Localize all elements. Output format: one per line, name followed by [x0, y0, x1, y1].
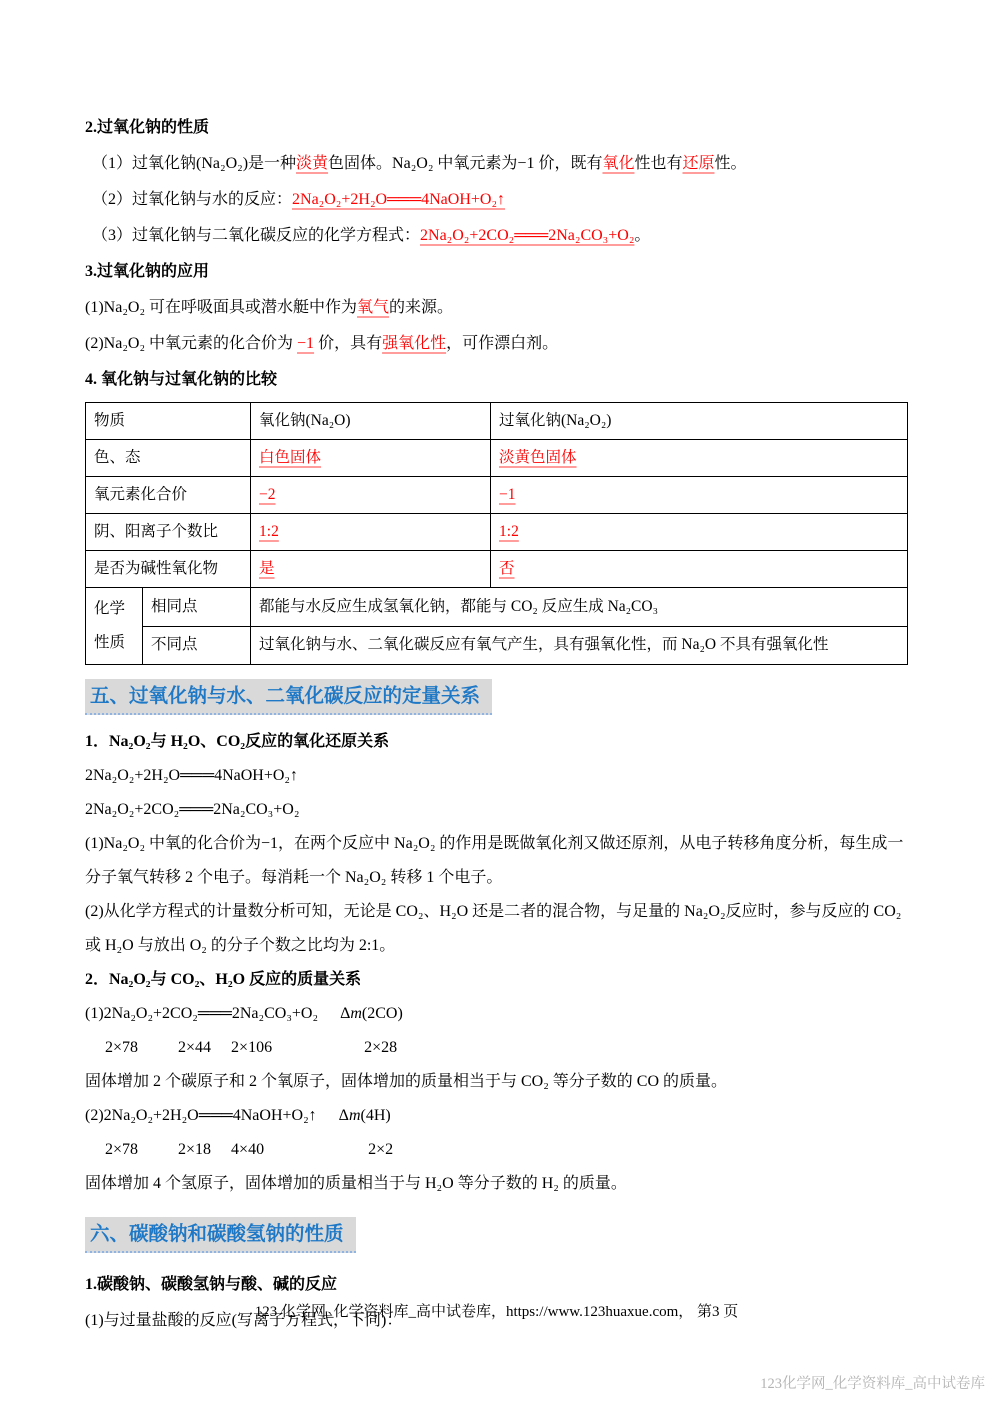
- equation-co2: 2Na₂O₂+2CO₂═══2Na₂CO₃+O₂: [85, 793, 907, 827]
- heading-comparison: 4. 氧化钠与过氧化钠的比较: [85, 362, 907, 398]
- text-segment: (1)Na₂O₂ 中氧的化合价为−1，在两个反应中 Na₂O₂ 的作用是既做氧化…: [85, 835, 903, 886]
- heading-text: 1.碳酸钠、碳酸氢钠与酸、碱的反应: [85, 1276, 337, 1293]
- header-na2o: 氧化钠(Na₂O): [251, 403, 491, 440]
- cell-na2o2-ratio: 1:2: [491, 514, 908, 551]
- document-page: 2.过氧化钠的性质 （1）过氧化钠(Na₂O₂)是一种淡黄色固体。Na₂O₂ 中…: [0, 0, 993, 1404]
- delta-symbol: Δ: [340, 1005, 350, 1022]
- table-row: 阴、阳离子个数比 1:2 1:2: [86, 514, 908, 551]
- text-segment: 固体增加 2 个碳原子和 2 个氧原子，固体增加的质量相当于与 CO₂ 等分子数…: [85, 1073, 727, 1090]
- text-segment: 。: [634, 227, 650, 244]
- mass-equation-2: (2)2Na₂O₂+2H₂O═══4NaOH+O₂↑Δm(4H): [85, 1099, 907, 1133]
- mass-variable: m: [350, 1005, 362, 1022]
- text-segment: (1)Na₂O₂ 可在呼吸面具或潜水艇中作为: [85, 299, 357, 316]
- section5-heading: 五、过氧化钠与水、二氧化碳反应的定量关系: [85, 679, 492, 715]
- table-row-chem-same: 化学性质 相同点 都能与水反应生成氢氧化钠，都能与 CO₂ 反应生成 Na₂CO…: [86, 588, 908, 627]
- paragraph-property-1: （1）过氧化钠(Na₂O₂)是一种淡黄色固体。Na₂O₂ 中氧元素为−1 价，既…: [85, 146, 907, 182]
- row-label: 氧元素化合价: [86, 477, 251, 514]
- cell-chem-group: 化学性质: [86, 588, 143, 665]
- cell-same-text: 都能与水反应生成氢氧化钠，都能与 CO₂ 反应生成 Na₂CO₃: [251, 588, 908, 627]
- equation-text: 2Na₂O₂+2H₂O═══4NaOH+O₂↑: [85, 767, 298, 784]
- text-segment: （3）过氧化钠与二氧化碳反应的化学方程式：: [92, 227, 420, 244]
- table-row: 氧元素化合价 −2 −1: [86, 477, 908, 514]
- table-row-chem-diff: 不同点 过氧化钠与水、二氧化碳反应有氧气产生，具有强氧化性，而 Na₂O 不具有…: [86, 626, 908, 665]
- cell-same-label: 相同点: [143, 588, 251, 627]
- cell-na2o-valence: −2: [251, 477, 491, 514]
- mass-equation-1: (1)2Na₂O₂+2CO₂═══2Na₂CO₃+O₂Δm(2CO): [85, 997, 907, 1031]
- highlight-oxidizing: 氧化: [602, 155, 634, 172]
- equation-text: 2Na₂O₂+2CO₂═══2Na₂CO₃+O₂: [85, 801, 299, 818]
- paragraph-electron-transfer: (1)Na₂O₂ 中氧的化合价为−1，在两个反应中 Na₂O₂ 的作用是既做氧化…: [85, 827, 907, 895]
- text-segment: (2)从化学方程式的计量数分析可知，无论是 CO₂、H₂O 还是二者的混合物，与…: [85, 903, 901, 954]
- highlight-oxygen: 氧气: [357, 299, 389, 316]
- equation-na2o2-co2: 2Na₂O₂+2CO₂═══2Na₂CO₃+O₂: [420, 227, 634, 244]
- mass-variable: m: [349, 1107, 361, 1124]
- cell-na2o2-valence: −1: [491, 477, 908, 514]
- mass-note-2: 固体增加 4 个氢原子，固体增加的质量相当于与 H₂O 等分子数的 H₂ 的质量…: [85, 1167, 907, 1201]
- cell-na2o-ratio: 1:2: [251, 514, 491, 551]
- equation-text: (2)2Na₂O₂+2H₂O═══4NaOH+O₂↑: [85, 1107, 317, 1124]
- section6-heading: 六、碳酸钠和碳酸氢钠的性质: [85, 1217, 356, 1253]
- delta-paren: (2CO): [362, 1005, 403, 1022]
- heading-text: 1．Na₂O₂与 H₂O、CO₂反应的氧化还原关系: [85, 733, 389, 750]
- text-segment: （1）过氧化钠(Na₂O₂)是一种: [92, 155, 296, 172]
- mass-values-2: 2×78 2×18 4×40 2×2: [85, 1133, 907, 1167]
- delta-m-term: Δm(4H): [339, 1107, 391, 1124]
- equation-na2o2-water: 2Na₂O₂+2H₂O═══4NaOH+O₂↑: [292, 191, 505, 208]
- table-row: 色、态 白色固体 淡黄色固体: [86, 440, 908, 477]
- text-segment: ，可作漂白剂。: [446, 335, 558, 352]
- highlight-reducing: 还原: [682, 155, 714, 172]
- cell-diff-text: 过氧化钠与水、二氧化碳反应有氧气产生，具有强氧化性，而 Na₂O 不具有强氧化性: [251, 626, 908, 665]
- table-header-row: 物质 氧化钠(Na₂O) 过氧化钠(Na₂O₂): [86, 403, 908, 440]
- cell-na2o-basic: 是: [251, 551, 491, 588]
- paragraph-application-2: (2)Na₂O₂ 中氧元素的化合价为 −1 价，具有强氧化性，可作漂白剂。: [85, 326, 907, 362]
- text-segment: 的来源。: [389, 299, 453, 316]
- section5-body: 1．Na₂O₂与 H₂O、CO₂反应的氧化还原关系 2Na₂O₂+2H₂O═══…: [85, 725, 907, 1201]
- page-footer: 123 化学网_化学资料库_高中试卷库，https://www.123huaxu…: [0, 1300, 993, 1321]
- heading-peroxide-applications: 3.过氧化钠的应用: [85, 254, 907, 290]
- text-segment: （2）过氧化钠与水的反应：: [92, 191, 292, 208]
- watermark-text: 123化学网_化学资料库_高中试卷库: [760, 1372, 985, 1393]
- heading-text: 2.过氧化钠的性质: [85, 119, 209, 136]
- row-label: 阴、阳离子个数比: [86, 514, 251, 551]
- cell-na2o2-color: 淡黄色固体: [491, 440, 908, 477]
- cell-diff-label: 不同点: [143, 626, 251, 665]
- heading-text: 2．Na₂O₂与 CO₂、H₂O 反应的质量关系: [85, 971, 361, 988]
- section6-heading-row: 六、碳酸钠和碳酸氢钠的性质: [85, 1217, 907, 1253]
- footer-text: 123 化学网_化学资料库_高中试卷库，https://www.123huaxu…: [255, 1304, 739, 1320]
- cell-na2o-color: 白色固体: [251, 440, 491, 477]
- highlight-strong-oxidizing: 强氧化性: [382, 335, 446, 352]
- paragraph-ratio: (2)从化学方程式的计量数分析可知，无论是 CO₂、H₂O 还是二者的混合物，与…: [85, 895, 907, 963]
- mass-values-1: 2×78 2×44 2×106 2×28: [85, 1031, 907, 1065]
- heading-peroxide-properties: 2.过氧化钠的性质: [85, 110, 907, 146]
- text-segment: 价，具有: [314, 335, 382, 352]
- equation-text: (1)2Na₂O₂+2CO₂═══2Na₂CO₃+O₂: [85, 1005, 318, 1022]
- delta-symbol: Δ: [339, 1107, 349, 1124]
- comparison-table: 物质 氧化钠(Na₂O) 过氧化钠(Na₂O₂) 色、态 白色固体 淡黄色固体 …: [85, 402, 908, 665]
- heading-text: 3.过氧化钠的应用: [85, 263, 209, 280]
- text-segment: (2)Na₂O₂ 中氧元素的化合价为: [85, 335, 297, 352]
- paragraph-property-2: （2）过氧化钠与水的反应：2Na₂O₂+2H₂O═══4NaOH+O₂↑: [85, 182, 907, 218]
- mass-note-1: 固体增加 2 个碳原子和 2 个氧原子，固体增加的质量相当于与 CO₂ 等分子数…: [85, 1065, 907, 1099]
- mass-numbers: 2×78 2×18 4×40 2×2: [85, 1141, 393, 1158]
- subheading-carbonate-acid-base: 1.碳酸钠、碳酸氢钠与酸、碱的反应: [85, 1267, 907, 1303]
- text-segment: 性也有: [634, 155, 682, 172]
- text-segment: 性。: [715, 155, 747, 172]
- cell-na2o2-basic: 否: [491, 551, 908, 588]
- text-segment: 固体增加 4 个氢原子，固体增加的质量相当于与 H₂O 等分子数的 H₂ 的质量…: [85, 1175, 627, 1192]
- text-segment: 色固体。Na₂O₂ 中氧元素为−1 价，既有: [328, 155, 602, 172]
- highlight-light-yellow: 淡黄: [296, 155, 328, 172]
- delta-paren: (4H): [361, 1107, 391, 1124]
- page-content: 2.过氧化钠的性质 （1）过氧化钠(Na₂O₂)是一种淡黄色固体。Na₂O₂ 中…: [85, 110, 907, 1339]
- heading-text: 4. 氧化钠与过氧化钠的比较: [85, 371, 277, 388]
- mass-numbers: 2×78 2×44 2×106 2×28: [85, 1039, 397, 1056]
- delta-m-term: Δm(2CO): [340, 1005, 403, 1022]
- subheading-mass-relation: 2．Na₂O₂与 CO₂、H₂O 反应的质量关系: [85, 963, 907, 997]
- paragraph-property-3: （3）过氧化钠与二氧化碳反应的化学方程式：2Na₂O₂+2CO₂═══2Na₂C…: [85, 218, 907, 254]
- row-label: 是否为碱性氧化物: [86, 551, 251, 588]
- row-label: 色、态: [86, 440, 251, 477]
- table-row: 是否为碱性氧化物 是 否: [86, 551, 908, 588]
- subheading-redox-relation: 1．Na₂O₂与 H₂O、CO₂反应的氧化还原关系: [85, 725, 907, 759]
- header-substance: 物质: [86, 403, 251, 440]
- header-na2o2: 过氧化钠(Na₂O₂): [491, 403, 908, 440]
- equation-water: 2Na₂O₂+2H₂O═══4NaOH+O₂↑: [85, 759, 907, 793]
- paragraph-application-1: (1)Na₂O₂ 可在呼吸面具或潜水艇中作为氧气的来源。: [85, 290, 907, 326]
- section5-heading-row: 五、过氧化钠与水、二氧化碳反应的定量关系: [85, 679, 907, 715]
- highlight-minus-one: −1: [297, 335, 314, 352]
